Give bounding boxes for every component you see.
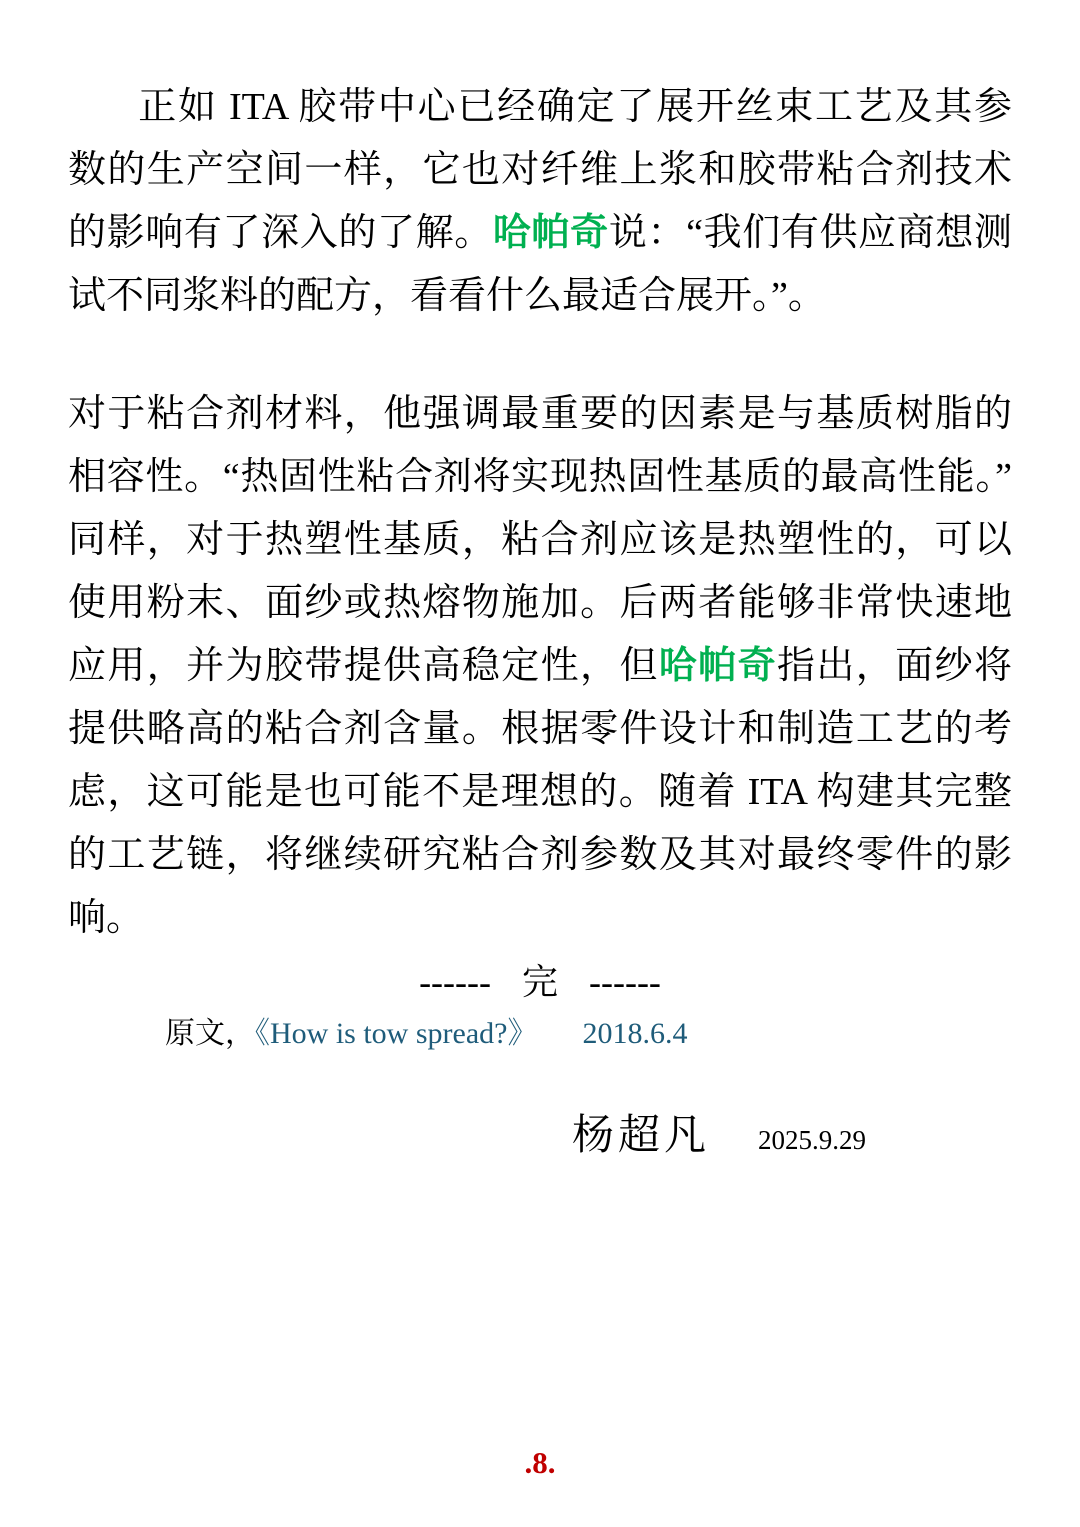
page-number: .8. xyxy=(0,1445,1080,1481)
source-line: 原文，《How is tow spread?》2018.6.4 xyxy=(165,1012,1080,1056)
text-segment: 指出，面纱将提供略高的粘合剂含量。根据零件设计和制造工艺的考虑，这可能是也可能不… xyxy=(68,645,1012,939)
person-name-highlight: 哈帕奇 xyxy=(659,645,777,687)
source-date: 2018.6.4 xyxy=(582,1017,687,1050)
person-name-highlight: 哈帕奇 xyxy=(493,212,609,254)
paragraph: 正如 ITA 胶带中心已经确定了展开丝束工艺及其参数的生产空间一样，它也对纤维上… xyxy=(68,76,1012,328)
source-title: 《How is tow spread?》 xyxy=(255,1017,537,1050)
paragraph: 对于粘合剂材料，他强调最重要的因素是与基质树脂的相容性。“热固性粘合剂将实现热固… xyxy=(68,383,1012,950)
end-marker: ------ 完 ------ xyxy=(0,956,1080,1008)
text-segment: 对于粘合剂材料，他强调最重要的因素是与基质树脂的相容性。“热固性粘合剂将实现热固… xyxy=(68,393,1012,687)
document-page: 正如 ITA 胶带中心已经确定了展开丝束工艺及其参数的生产空间一样，它也对纤维上… xyxy=(0,0,1080,1527)
source-prefix: 原文， xyxy=(165,1017,255,1050)
article-body: 正如 ITA 胶带中心已经确定了展开丝束工艺及其参数的生产空间一样，它也对纤维上… xyxy=(0,0,1080,950)
signature-date: 2025.9.29 xyxy=(758,1125,866,1156)
signature-name: 杨超凡 xyxy=(572,1102,710,1162)
signature-line: 杨超凡 2025.9.29 xyxy=(0,1102,1080,1162)
